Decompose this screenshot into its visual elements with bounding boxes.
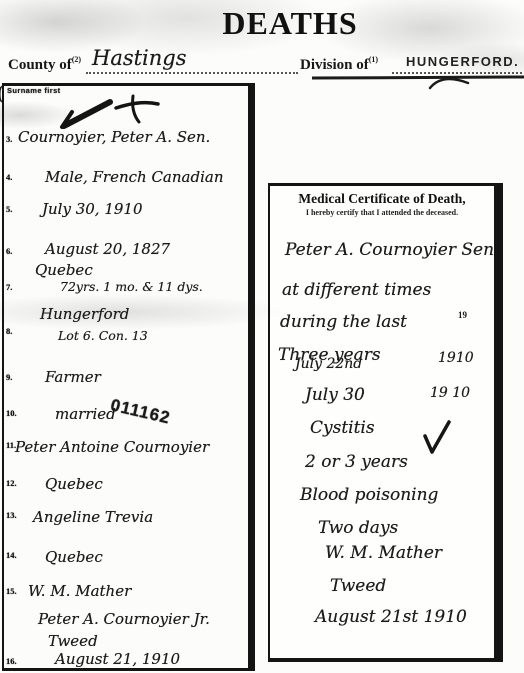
county-superscript: (2) (72, 55, 81, 64)
entry-residence: Hungerford (40, 305, 129, 323)
row-number: 12. (6, 478, 17, 488)
entry-physician: W. M. Mather (28, 582, 131, 600)
medical-certificate: Medical Certificate of Death, I hereby c… (268, 183, 503, 662)
check-mark-icon (422, 420, 452, 456)
division-value-stamp: HUNGERFORD. (406, 54, 519, 69)
cert-death-date: July 30 (305, 385, 365, 405)
cert-cause-of-death: Cystitis (310, 418, 375, 438)
pen-stroke-fragment-icon (428, 76, 470, 90)
entry-birth-date: August 20, 1827 (45, 240, 170, 258)
row-number: 16. (6, 656, 17, 666)
county-division-line: County of(2) (8, 55, 81, 74)
certificate-title: Medical Certificate of Death, (270, 191, 494, 207)
division-dotted-line (392, 72, 522, 74)
registration-number-stamp: 011162 (109, 395, 173, 428)
cert-death-year: 19 10 (430, 385, 470, 401)
page-title: DEATHS (28, 5, 524, 42)
row-number: 4. (6, 172, 12, 182)
division-superscript: (1) (369, 55, 378, 64)
cert-attendance: at different times (282, 280, 431, 300)
entry-lot-concession: Lot 6. Con. 13 (58, 328, 148, 343)
entry-sex-origin: Male, French Canadian (45, 168, 223, 186)
entry-occupation: Farmer (45, 368, 101, 386)
cert-last-seen-date: July 22nd (295, 356, 362, 372)
entry-death-date: July 30, 1910 (42, 200, 143, 218)
row-number: 5. (6, 204, 12, 214)
row-number: 13. (6, 510, 17, 520)
entry-mother-birthplace: Quebec (45, 548, 103, 566)
cert-signature-date: August 21st 1910 (315, 607, 467, 627)
entry-mother-name: Angeline Trevia (33, 508, 153, 526)
division-label-group: Division of(1) (300, 55, 378, 74)
death-register-page: DEATHS County of(2) Hastings Division of… (0, 0, 524, 673)
register-column: Surname first 3. 4. 5. 6. 7. 8. 9. 10. 1… (2, 83, 255, 671)
entry-age: 72yrs. 1 mo. & 11 dys. (60, 279, 203, 294)
cert-physician-signature: W. M. Mather (325, 543, 442, 563)
entry-name: Cournoyier, Peter A. Sen. (18, 128, 210, 146)
cert-secondary-duration: Two days (318, 518, 398, 538)
entry-registration-date: August 21, 1910 (55, 650, 180, 668)
row-number: 14. (6, 550, 17, 560)
row-number: 15. (6, 586, 17, 596)
row-number: 3. (6, 134, 12, 144)
row-number: 10. (6, 408, 17, 418)
certificate-subtitle: I hereby certify that I attended the dec… (270, 208, 494, 217)
cert-duration-intro: during the last (280, 312, 407, 332)
entry-informant: Peter A. Cournoyier Jr. (38, 610, 210, 628)
row-number: 7. (6, 282, 12, 292)
cert-deceased-name: Peter A. Cournoyier Sen (285, 240, 494, 260)
entry-father-name: Peter Antoine Cournoyier (15, 438, 209, 456)
cert-secondary-cause: Blood poisoning (300, 485, 438, 505)
county-label: County of (8, 57, 72, 73)
entry-birth-place: Quebec (35, 261, 93, 279)
row-number: 9. (6, 372, 12, 382)
row-number: 8. (6, 326, 12, 336)
row-number: 6. (6, 246, 12, 256)
division-label: Division of (300, 57, 369, 73)
entry-father-birthplace: Quebec (45, 475, 103, 493)
printed-year-prefix: 19 (458, 310, 467, 320)
cert-physician-address: Tweed (330, 576, 386, 596)
cert-last-seen-year: 1910 (438, 350, 474, 366)
scan-edge-line (312, 75, 524, 79)
county-value: Hastings (92, 46, 187, 70)
entry-informant-place: Tweed (48, 632, 98, 650)
entry-marital-status: married (55, 405, 116, 423)
cert-cause-duration: 2 or 3 years (305, 452, 408, 472)
county-dotted-line (86, 72, 298, 74)
